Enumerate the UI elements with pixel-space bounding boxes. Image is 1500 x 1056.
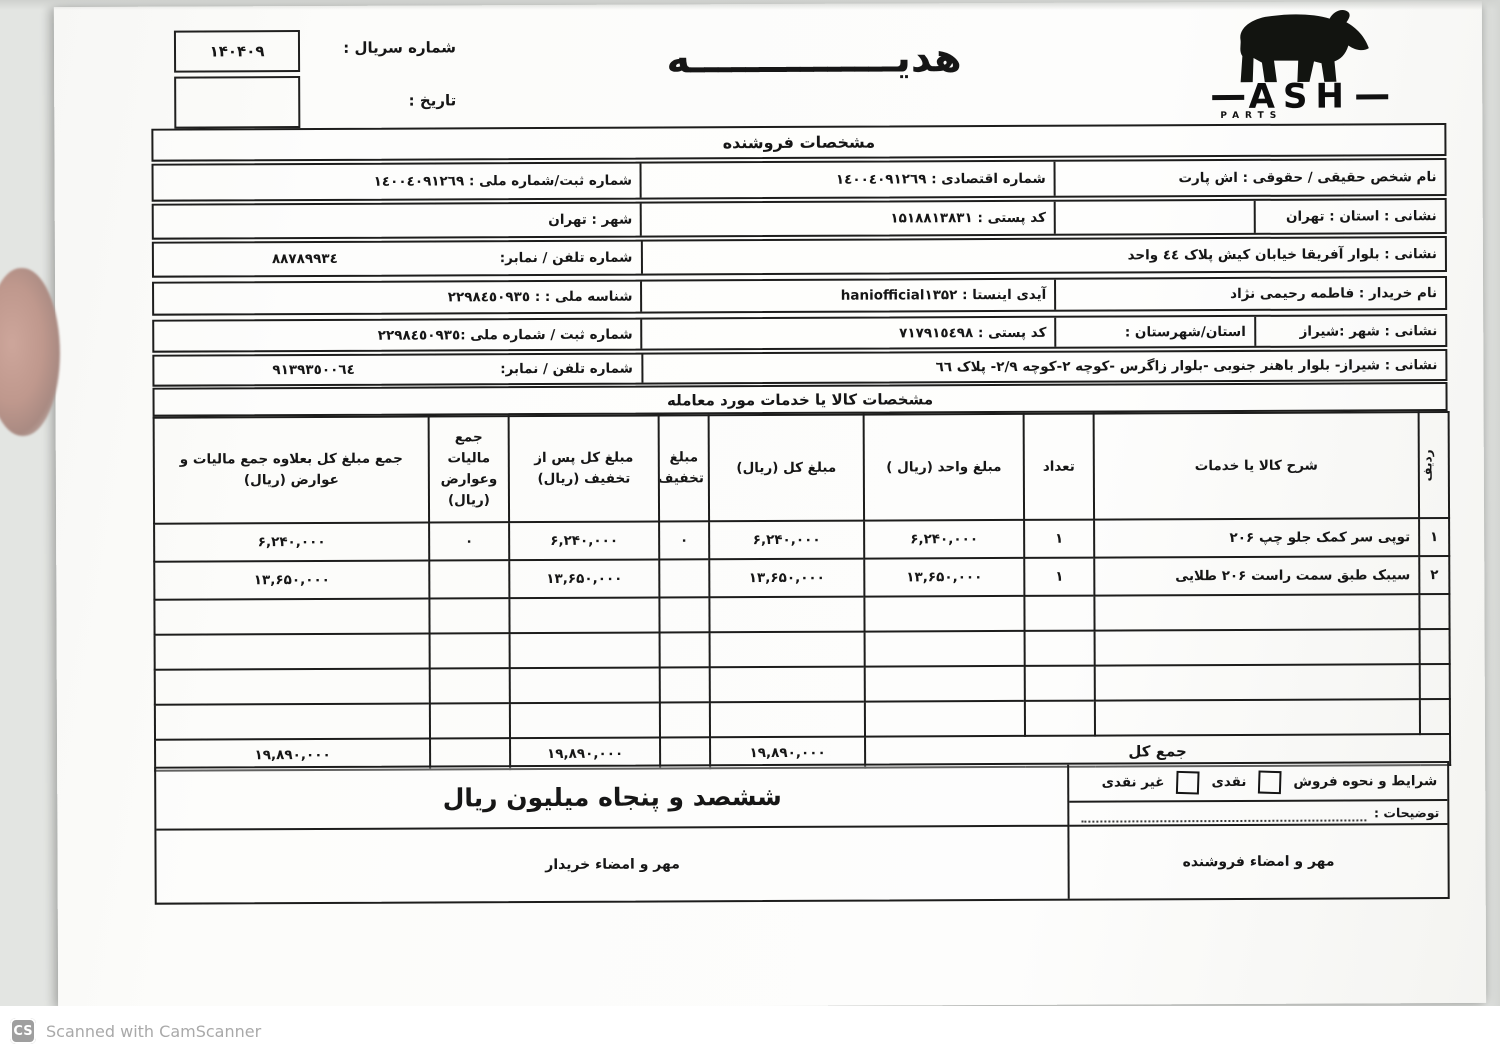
date-box [174, 76, 300, 129]
seller-address: نشانی : بلوار آفریقا خیابان کیش پلاک ٤٤ … [642, 238, 1445, 274]
noncash-checkbox [1176, 770, 1200, 794]
buyer-address-city: نشانی : شهر :شیراز [1256, 316, 1446, 346]
footer-right-column: شرایط و نحوه فروش نقدی غیر نقدی توضیحات … [1067, 763, 1448, 899]
terms-label: شرایط و نحوه فروش [1293, 773, 1437, 790]
bear-icon [1225, 5, 1375, 86]
footer-left-column: ششصد و پنجاه میلیون ریال مهر و امضاء خری… [156, 765, 1069, 903]
item-2-total-price: ۱۳,۶۵۰,۰۰۰ [709, 559, 864, 598]
logo-text: ASH [1245, 79, 1356, 113]
items-table-wrap: ردیف شرح کالا یا خدمات تعداد مبلغ واحد (… [153, 411, 1450, 772]
seller-province-spacer [1056, 201, 1256, 234]
document-title: هديـــــــــــــــه [554, 35, 1074, 83]
seller-address-province: نشانی : استان : تهران [1255, 200, 1445, 233]
cash-label: نقدی [1211, 774, 1246, 790]
header-grand-total: جمع مبلغ کل بعلاوه جمع مالیات و عوارض (ر… [154, 416, 429, 523]
item-1-unit-price: ۶,۲۴۰,۰۰۰ [864, 520, 1024, 559]
scanned-invoice-paper: ۱۴۰۴۰۹ شماره سریال : تاریخ : هديــــــــ… [54, 1, 1486, 1009]
noncash-label: غیر نقدی [1102, 774, 1165, 790]
serial-number-box: ۱۴۰۴۰۹ [174, 30, 300, 73]
buyer-row-location: نشانی : شهر :شیراز استان/شهرستان : کد پس… [152, 314, 1447, 353]
empty-row [154, 594, 1449, 635]
camscanner-badge-icon: CS [10, 1018, 36, 1044]
item-2-unit-price: ۱۳,۶۵۰,۰۰۰ [864, 558, 1024, 597]
buyer-instagram-id: آیدی اینستا : haniofficial۱۳۵۲ [643, 280, 1057, 312]
item-2-tax [429, 560, 509, 598]
buyer-phone-value: ۹۱۳۹۳٥۰۰٦٤ [162, 362, 354, 379]
item-row-2: ۲ سیبک طبق سمت راست ۲۰۶ طلایی ۱ ۱۳,۶۵۰,۰… [154, 556, 1449, 600]
company-logo: ASH PARTS [1212, 5, 1389, 121]
date-label: تاریخ : [306, 91, 456, 110]
empty-row [155, 699, 1450, 740]
sale-terms-row: شرایط و نحوه فروش نقدی غیر نقدی [1069, 763, 1447, 803]
header-unit-price: مبلغ واحد (ریال ) [864, 414, 1024, 521]
item-2-grand-total: ۱۳,۶۵۰,۰۰۰ [154, 560, 429, 599]
thumb-artifact [0, 268, 60, 436]
logo-wordmark-row: ASH [1212, 79, 1388, 114]
items-table: ردیف شرح کالا یا خدمات تعداد مبلغ واحد (… [153, 411, 1452, 772]
seller-section-title: مشخصات فروشنده [151, 123, 1446, 162]
logo-left-rule [1212, 94, 1244, 99]
buyer-phone-label: شماره تلفن / نمابر: [500, 361, 633, 378]
serial-number-label: شماره سریال : [306, 38, 456, 57]
item-1-grand-total: ۶,۲۴۰,۰۰۰ [154, 522, 429, 561]
seller-phone-label: شماره تلفن / نمابر: [500, 250, 633, 267]
notes-row: توضیحات : [1069, 801, 1447, 827]
header-discount: مبلغ تخفیف [659, 415, 709, 521]
buyer-address: نشانی : شیراز- بلوار باهنر جنوبی -بلوار … [643, 351, 1446, 383]
buyer-signature-cell: مهر و امضاء خریدار [156, 827, 1068, 902]
buyer-phone-cell: شماره تلفن / نمابر: ۹۱۳۹۳٥۰۰٦٤ [154, 355, 643, 385]
seller-signature-cell: مهر و امضاء فروشنده [1069, 825, 1447, 898]
invoice-footer: شرایط و نحوه فروش نقدی غیر نقدی توضیحات … [154, 761, 1450, 905]
item-2-description: سیبک طبق سمت راست ۲۰۶ طلایی [1094, 556, 1419, 595]
header-after-discount: مبلغ کل پس از تخفیف (ریال) [509, 415, 659, 522]
seller-phone-cell: شماره تلفن / نمابر: ۸۸۷۸۹۹۳٤ [154, 242, 643, 276]
serial-number-value: ۱۴۰۴۰۹ [210, 42, 265, 60]
item-1-description: توپی سر کمک جلو چپ ۲۰۶ [1094, 518, 1419, 557]
buyer-postal-code: کد پستی : ۷۱۷۹۱٥٤۹۸ [643, 318, 1057, 349]
seller-city: شهر : تهران [154, 204, 643, 238]
logo-right-rule [1356, 94, 1388, 99]
empty-row [155, 629, 1450, 670]
notes-dotted-line [1081, 811, 1366, 822]
item-1-after-discount: ۶,۲۴۰,۰۰۰ [509, 521, 659, 560]
scan-shadow-right [1486, 0, 1500, 1056]
header-description: شرح کالا یا خدمات [1094, 412, 1419, 519]
header-qty: تعداد [1024, 414, 1094, 520]
camscanner-bar: CS Scanned with CamScanner [0, 1006, 1500, 1056]
seller-postal-code: کد پستی : ۱۵۱۸۸۱۳۸۳۱ [642, 202, 1056, 236]
notes-label: توضیحات : [1374, 805, 1439, 820]
item-1-total-price: ۶,۲۴۰,۰۰۰ [709, 521, 864, 560]
item-1-qty: ۱ [1024, 520, 1094, 558]
buyer-row-address: نشانی : شیراز- بلوار باهنر جنوبی -بلوار … [152, 349, 1447, 387]
buyer-registration-no: شماره ثبت / شماره ملی :۲۲۹۸٤٥۰۹۳٥ [154, 320, 643, 351]
seller-row-address: نشانی : بلوار آفریقا خیابان کیش پلاک ٤٤ … [152, 236, 1447, 278]
item-2-qty: ۱ [1024, 558, 1094, 596]
buyer-province-label: استان/شهرستان : [1056, 317, 1256, 347]
item-1-tax: ۰ [429, 522, 509, 560]
header-tax: جمع مالیات وعوارض (ریال) [429, 416, 509, 522]
item-1-no: ۱ [1419, 518, 1449, 556]
item-2-no: ۲ [1419, 556, 1449, 594]
item-1-discount: ۰ [659, 521, 709, 559]
buyer-row-identity: نام خریدار : فاطمه رحیمی نژاد آیدی اینست… [152, 276, 1447, 316]
items-header-row: ردیف شرح کالا یا خدمات تعداد مبلغ واحد (… [154, 412, 1449, 524]
cash-checkbox [1258, 770, 1282, 794]
amount-in-words: ششصد و پنجاه میلیون ریال [156, 765, 1068, 831]
header-row-no: ردیف [1419, 412, 1449, 518]
header-total-price: مبلغ کل (ریال) [709, 415, 864, 522]
empty-row [155, 664, 1450, 705]
seller-name: نام شخص حقیقی / حقوقی : اش پارت [1056, 160, 1445, 196]
seller-registration-no: شماره ثبت/شماره ملی : ۱٤۰۰٤۰۹۱۲٦۹ [154, 164, 643, 200]
seller-phone-value: ۸۸۷۸۹۹۳٤ [162, 251, 338, 268]
seller-economic-no: شماره اقتصادی : ۱٤۰۰٤۰۹۱۲٦۹ [642, 162, 1056, 198]
buyer-national-id: شناسه ملی : : ۲۲۹۸٤٥۰۹۳٥ [154, 282, 643, 314]
seller-row-location: نشانی : استان : تهران کد پستی : ۱۵۱۸۸۱۳۸… [152, 198, 1447, 240]
item-row-1: ۱ توپی سر کمک جلو چپ ۲۰۶ ۱ ۶,۲۴۰,۰۰۰ ۶,۲… [154, 518, 1449, 562]
seller-row-identity: نام شخص حقیقی / حقوقی : اش پارت شماره اق… [152, 158, 1447, 202]
camscanner-watermark: Scanned with CamScanner [46, 1022, 261, 1041]
buyer-name: نام خریدار : فاطمه رحیمی نژاد [1056, 278, 1445, 310]
item-2-after-discount: ۱۳,۶۵۰,۰۰۰ [509, 559, 659, 598]
item-2-discount [659, 559, 709, 597]
